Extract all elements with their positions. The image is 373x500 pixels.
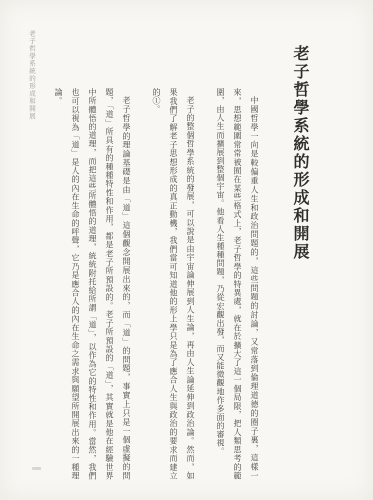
paragraph-2: 老子的整個哲學系統的發展，可以說是由宇宙論伸展到人生論，再由人生論延伸到政治論。… [148,88,199,480]
running-head: 老子哲學系統的形成和開展 [27,30,36,130]
paragraph-1: 中國哲學一向是較偏重人生和政治問題的，這些問題的討論，又常落到倫理道德的圈子裏，… [212,88,263,480]
book-page: 老子哲學系統的形成和開展 中國哲學一向是較偏重人生和政治問題的，這些問題的討論，… [0,0,373,500]
paragraph-3: 老子哲學的理論基礎是由「道」這個觀念開展出來的，而「道」的問題，事實上只是一個虛… [50,88,135,480]
body-text: 中國哲學一向是較偏重人生和政治問題的，這些問題的討論，又常落到倫理道德的圈子裏，… [45,88,263,480]
page-number-faint-mark [32,467,41,470]
page-title: 老子哲學系統的形成和開展 [288,45,311,265]
